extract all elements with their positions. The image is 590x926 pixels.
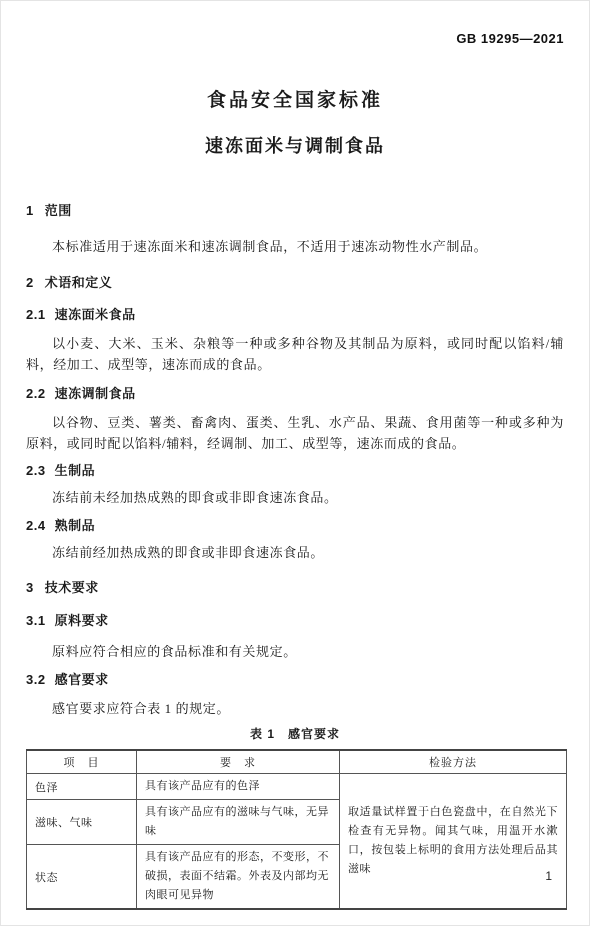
section-title: 速冻面米食品 — [55, 307, 136, 322]
document-title: 食品安全国家标准 — [26, 85, 564, 112]
section-heading-2: 2术语和定义 — [26, 274, 564, 291]
section-number: 2 — [26, 275, 34, 290]
section-title: 生制品 — [55, 463, 96, 478]
cell-test-method: 取适量试样置于白色瓷盘中，在自然光下检查有无异物。闻其气味，用温开水漱口，按包装… — [340, 774, 567, 910]
section-number: 2.2 — [26, 386, 46, 401]
cell-item: 色泽 — [27, 774, 137, 800]
section-number: 3 — [26, 580, 34, 595]
table-caption: 表 1 感官要求 — [26, 725, 564, 742]
subsection-heading-3-2: 3.2感官要求 — [26, 671, 564, 688]
section-number: 2.1 — [26, 307, 46, 322]
paragraph-definition-2-4: 冻结前经加热成熟的即食或非即食速冻食品。 — [26, 542, 564, 563]
section-title: 技术要求 — [45, 580, 99, 595]
column-header-item: 项 目 — [27, 750, 137, 774]
section-title: 速冻调制食品 — [55, 386, 136, 401]
cell-requirement: 具有该产品应有的色泽 — [137, 774, 340, 800]
subsection-heading-2-3: 2.3生制品 — [26, 462, 564, 479]
paragraph-scope: 本标准适用于速冻面米和速冻调制食品，不适用于速冻动物性水产制品。 — [26, 236, 564, 257]
section-title: 范围 — [45, 203, 72, 218]
section-title: 熟制品 — [55, 518, 96, 533]
sensory-requirements-table: 项 目 要 求 检验方法 色泽 具有该产品应有的色泽 取适量试样置于白色瓷盘中，… — [26, 749, 567, 910]
section-number: 3.2 — [26, 672, 46, 687]
paragraph-definition-2-2: 以谷物、豆类、薯类、畜禽肉、蛋类、生乳、水产品、果蔬、食用菌等一种或多种为原料，… — [26, 412, 564, 454]
subsection-heading-2-4: 2.4熟制品 — [26, 517, 564, 534]
cell-item: 滋味、气味 — [27, 800, 137, 845]
document-subtitle: 速冻面米与调制食品 — [26, 132, 564, 158]
section-number: 2.3 — [26, 463, 46, 478]
column-header-test-method: 检验方法 — [340, 750, 567, 774]
section-title: 原料要求 — [55, 613, 109, 628]
cell-requirement: 具有该产品应有的滋味与气味，无异味 — [137, 800, 340, 845]
table-row: 色泽 具有该产品应有的色泽 取适量试样置于白色瓷盘中，在自然光下检查有无异物。闻… — [27, 774, 567, 800]
paragraph-3-1: 原料应符合相应的食品标准和有关规定。 — [26, 641, 564, 662]
cell-item: 状态 — [27, 845, 137, 910]
document-page: GB 19295—2021 食品安全国家标准 速冻面米与调制食品 1范围 本标准… — [0, 0, 590, 926]
page-number: 1 — [545, 869, 552, 883]
section-heading-3: 3技术要求 — [26, 579, 564, 596]
section-number: 1 — [26, 203, 34, 218]
paragraph-3-2: 感官要求应符合表 1 的规定。 — [26, 698, 564, 719]
section-number: 2.4 — [26, 518, 46, 533]
cell-requirement: 具有该产品应有的形态，不变形，不破损，表面不结霜。外表及内部均无肉眼可见异物 — [137, 845, 340, 910]
section-title: 术语和定义 — [45, 275, 113, 290]
section-heading-1: 1范围 — [26, 202, 564, 219]
column-header-requirement: 要 求 — [137, 750, 340, 774]
section-number: 3.1 — [26, 613, 46, 628]
paragraph-definition-2-1: 以小麦、大米、玉米、杂粮等一种或多种谷物及其制品为原料，或同时配以馅料/辅料，经… — [26, 333, 564, 375]
section-title: 感官要求 — [55, 672, 109, 687]
subsection-heading-2-1: 2.1速冻面米食品 — [26, 306, 564, 323]
subsection-heading-2-2: 2.2速冻调制食品 — [26, 385, 564, 402]
standard-number: GB 19295—2021 — [26, 1, 564, 46]
table-header-row: 项 目 要 求 检验方法 — [27, 750, 567, 774]
paragraph-definition-2-3: 冻结前未经加热成熟的即食或非即食速冻食品。 — [26, 487, 564, 508]
subsection-heading-3-1: 3.1原料要求 — [26, 612, 564, 629]
